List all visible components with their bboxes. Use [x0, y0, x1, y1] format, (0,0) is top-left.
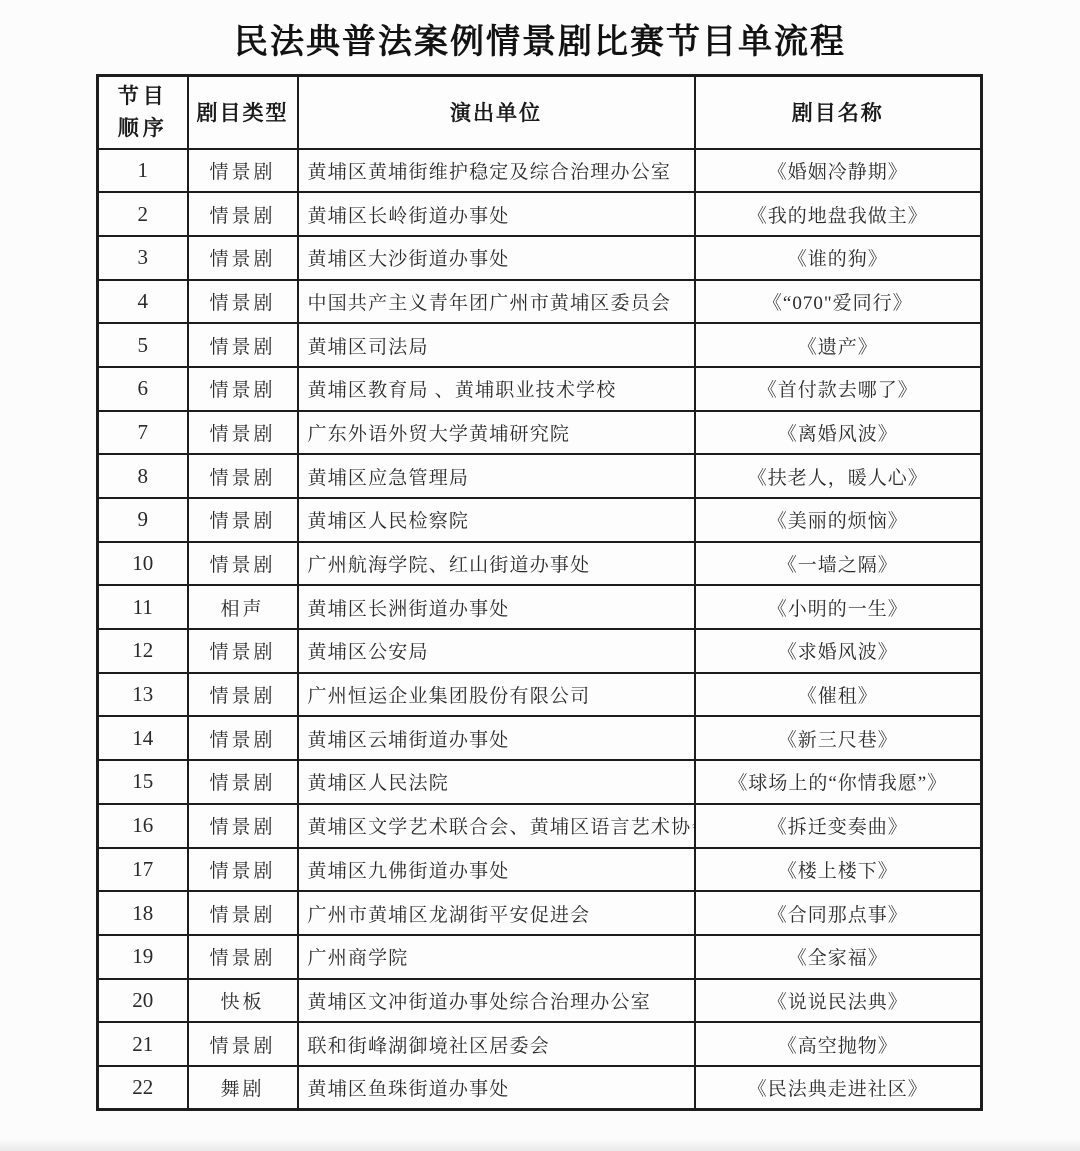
type-cell: 情景剧 — [188, 367, 298, 411]
unit-cell: 黄埔区司法局 — [298, 323, 695, 367]
header-program-name: 剧目名称 — [695, 76, 982, 149]
type-cell: 情景剧 — [188, 149, 298, 193]
unit-cell: 黄埔区大沙街道办事处 — [298, 236, 695, 280]
unit-cell: 广州商学院 — [298, 935, 695, 979]
header-program-type: 剧目类型 — [188, 76, 298, 149]
table-row: 11 相声 黄埔区长洲街道办事处 《小明的一生》 — [98, 585, 982, 629]
name-cell: 《遗产》 — [695, 323, 982, 367]
unit-cell: 黄埔区九佛街道办事处 — [298, 848, 695, 892]
scan-edge — [0, 1139, 1080, 1151]
order-cell: 15 — [98, 760, 188, 804]
table-header: 节目顺序 剧目类型 演出单位 剧目名称 — [98, 76, 982, 149]
name-cell: 《合同那点事》 — [695, 891, 982, 935]
order-cell: 12 — [98, 629, 188, 673]
document-title: 民法典普法案例情景剧比赛节目单流程 — [0, 14, 1080, 63]
order-cell: 20 — [98, 979, 188, 1023]
unit-cell: 黄埔区应急管理局 — [298, 454, 695, 498]
name-cell: 《谁的狗》 — [695, 236, 982, 280]
order-cell: 17 — [98, 848, 188, 892]
order-cell: 11 — [98, 585, 188, 629]
table-row: 15 情景剧 黄埔区人民法院 《球场上的“你情我愿”》 — [98, 760, 982, 804]
type-cell: 舞剧 — [188, 1066, 298, 1110]
table-row: 12 情景剧 黄埔区公安局 《求婚风波》 — [98, 629, 982, 673]
type-cell: 快板 — [188, 979, 298, 1023]
type-cell: 情景剧 — [188, 542, 298, 586]
name-cell: 《婚姻冷静期》 — [695, 149, 982, 193]
table-row: 5 情景剧 黄埔区司法局 《遗产》 — [98, 323, 982, 367]
program-table: 节目顺序 剧目类型 演出单位 剧目名称 1 情景剧 黄埔区黄埔街维护稳定及综合治… — [96, 74, 983, 1111]
table-row: 6 情景剧 黄埔区教育局 、黄埔职业技术学校 《首付款去哪了》 — [98, 367, 982, 411]
order-cell: 21 — [98, 1022, 188, 1066]
table-row: 4 情景剧 中国共产主义青年团广州市黄埔区委员会 《“070"爱同行》 — [98, 280, 982, 324]
unit-cell: 黄埔区长岭街道办事处 — [298, 192, 695, 236]
name-cell: 《首付款去哪了》 — [695, 367, 982, 411]
table-row: 10 情景剧 广州航海学院、红山街道办事处 《一墙之隔》 — [98, 542, 982, 586]
unit-cell: 黄埔区云埔街道办事处 — [298, 716, 695, 760]
header-program-order: 节目顺序 — [98, 76, 188, 149]
name-cell: 《扶老人，暖人心》 — [695, 454, 982, 498]
order-cell: 4 — [98, 280, 188, 324]
type-cell: 情景剧 — [188, 236, 298, 280]
order-cell: 22 — [98, 1066, 188, 1110]
type-cell: 情景剧 — [188, 848, 298, 892]
order-cell: 13 — [98, 673, 188, 717]
table-row: 20 快板 黄埔区文冲街道办事处综合治理办公室 《说说民法典》 — [98, 979, 982, 1023]
table-body: 1 情景剧 黄埔区黄埔街维护稳定及综合治理办公室 《婚姻冷静期》 2 情景剧 黄… — [98, 149, 982, 1110]
unit-cell: 黄埔区文冲街道办事处综合治理办公室 — [298, 979, 695, 1023]
name-cell: 《离婚风波》 — [695, 411, 982, 455]
unit-cell: 黄埔区文学艺术联合会、黄埔区语言艺术协会 — [298, 804, 695, 848]
name-cell: 《球场上的“你情我愿”》 — [695, 760, 982, 804]
type-cell: 情景剧 — [188, 411, 298, 455]
unit-cell: 黄埔区鱼珠街道办事处 — [298, 1066, 695, 1110]
table-row: 9 情景剧 黄埔区人民检察院 《美丽的烦恼》 — [98, 498, 982, 542]
type-cell: 情景剧 — [188, 804, 298, 848]
order-cell: 7 — [98, 411, 188, 455]
name-cell: 《美丽的烦恼》 — [695, 498, 982, 542]
order-cell: 6 — [98, 367, 188, 411]
header-program-order-label: 节目顺序 — [115, 80, 171, 145]
type-cell: 情景剧 — [188, 629, 298, 673]
type-cell: 相声 — [188, 585, 298, 629]
type-cell: 情景剧 — [188, 673, 298, 717]
order-cell: 1 — [98, 149, 188, 193]
name-cell: 《“070"爱同行》 — [695, 280, 982, 324]
type-cell: 情景剧 — [188, 891, 298, 935]
type-cell: 情景剧 — [188, 498, 298, 542]
table-row: 13 情景剧 广州恒运企业集团股份有限公司 《催租》 — [98, 673, 982, 717]
unit-cell: 广州航海学院、红山街道办事处 — [298, 542, 695, 586]
header-performing-unit: 演出单位 — [298, 76, 695, 149]
name-cell: 《民法典走进社区》 — [695, 1066, 982, 1110]
order-cell: 2 — [98, 192, 188, 236]
name-cell: 《我的地盘我做主》 — [695, 192, 982, 236]
table-row: 17 情景剧 黄埔区九佛街道办事处 《楼上楼下》 — [98, 848, 982, 892]
name-cell: 《新三尺巷》 — [695, 716, 982, 760]
unit-cell: 黄埔区教育局 、黄埔职业技术学校 — [298, 367, 695, 411]
unit-cell: 联和街峰湖御境社区居委会 — [298, 1022, 695, 1066]
order-cell: 19 — [98, 935, 188, 979]
table-row: 19 情景剧 广州商学院 《全家福》 — [98, 935, 982, 979]
table-row: 18 情景剧 广州市黄埔区龙湖街平安促进会 《合同那点事》 — [98, 891, 982, 935]
unit-cell: 黄埔区黄埔街维护稳定及综合治理办公室 — [298, 149, 695, 193]
unit-cell: 广东外语外贸大学黄埔研究院 — [298, 411, 695, 455]
table-row: 14 情景剧 黄埔区云埔街道办事处 《新三尺巷》 — [98, 716, 982, 760]
type-cell: 情景剧 — [188, 935, 298, 979]
table-row: 2 情景剧 黄埔区长岭街道办事处 《我的地盘我做主》 — [98, 192, 982, 236]
name-cell: 《楼上楼下》 — [695, 848, 982, 892]
order-cell: 14 — [98, 716, 188, 760]
order-cell: 10 — [98, 542, 188, 586]
table-row: 21 情景剧 联和街峰湖御境社区居委会 《高空抛物》 — [98, 1022, 982, 1066]
name-cell: 《一墙之隔》 — [695, 542, 982, 586]
table-row: 16 情景剧 黄埔区文学艺术联合会、黄埔区语言艺术协会 《拆迁变奏曲》 — [98, 804, 982, 848]
type-cell: 情景剧 — [188, 1022, 298, 1066]
type-cell: 情景剧 — [188, 716, 298, 760]
type-cell: 情景剧 — [188, 760, 298, 804]
order-cell: 18 — [98, 891, 188, 935]
name-cell: 《拆迁变奏曲》 — [695, 804, 982, 848]
unit-cell: 黄埔区人民法院 — [298, 760, 695, 804]
header-row: 节目顺序 剧目类型 演出单位 剧目名称 — [98, 76, 982, 149]
order-cell: 3 — [98, 236, 188, 280]
table-row: 8 情景剧 黄埔区应急管理局 《扶老人，暖人心》 — [98, 454, 982, 498]
name-cell: 《小明的一生》 — [695, 585, 982, 629]
order-cell: 16 — [98, 804, 188, 848]
type-cell: 情景剧 — [188, 192, 298, 236]
order-cell: 5 — [98, 323, 188, 367]
table-row: 22 舞剧 黄埔区鱼珠街道办事处 《民法典走进社区》 — [98, 1066, 982, 1110]
unit-cell: 黄埔区长洲街道办事处 — [298, 585, 695, 629]
unit-cell: 中国共产主义青年团广州市黄埔区委员会 — [298, 280, 695, 324]
name-cell: 《说说民法典》 — [695, 979, 982, 1023]
order-cell: 8 — [98, 454, 188, 498]
unit-cell: 黄埔区人民检察院 — [298, 498, 695, 542]
unit-cell: 广州恒运企业集团股份有限公司 — [298, 673, 695, 717]
table-row: 7 情景剧 广东外语外贸大学黄埔研究院 《离婚风波》 — [98, 411, 982, 455]
unit-cell: 广州市黄埔区龙湖街平安促进会 — [298, 891, 695, 935]
table-row: 1 情景剧 黄埔区黄埔街维护稳定及综合治理办公室 《婚姻冷静期》 — [98, 149, 982, 193]
order-cell: 9 — [98, 498, 188, 542]
table-row: 3 情景剧 黄埔区大沙街道办事处 《谁的狗》 — [98, 236, 982, 280]
unit-cell: 黄埔区公安局 — [298, 629, 695, 673]
name-cell: 《求婚风波》 — [695, 629, 982, 673]
type-cell: 情景剧 — [188, 323, 298, 367]
name-cell: 《高空抛物》 — [695, 1022, 982, 1066]
name-cell: 《催租》 — [695, 673, 982, 717]
type-cell: 情景剧 — [188, 454, 298, 498]
type-cell: 情景剧 — [188, 280, 298, 324]
name-cell: 《全家福》 — [695, 935, 982, 979]
